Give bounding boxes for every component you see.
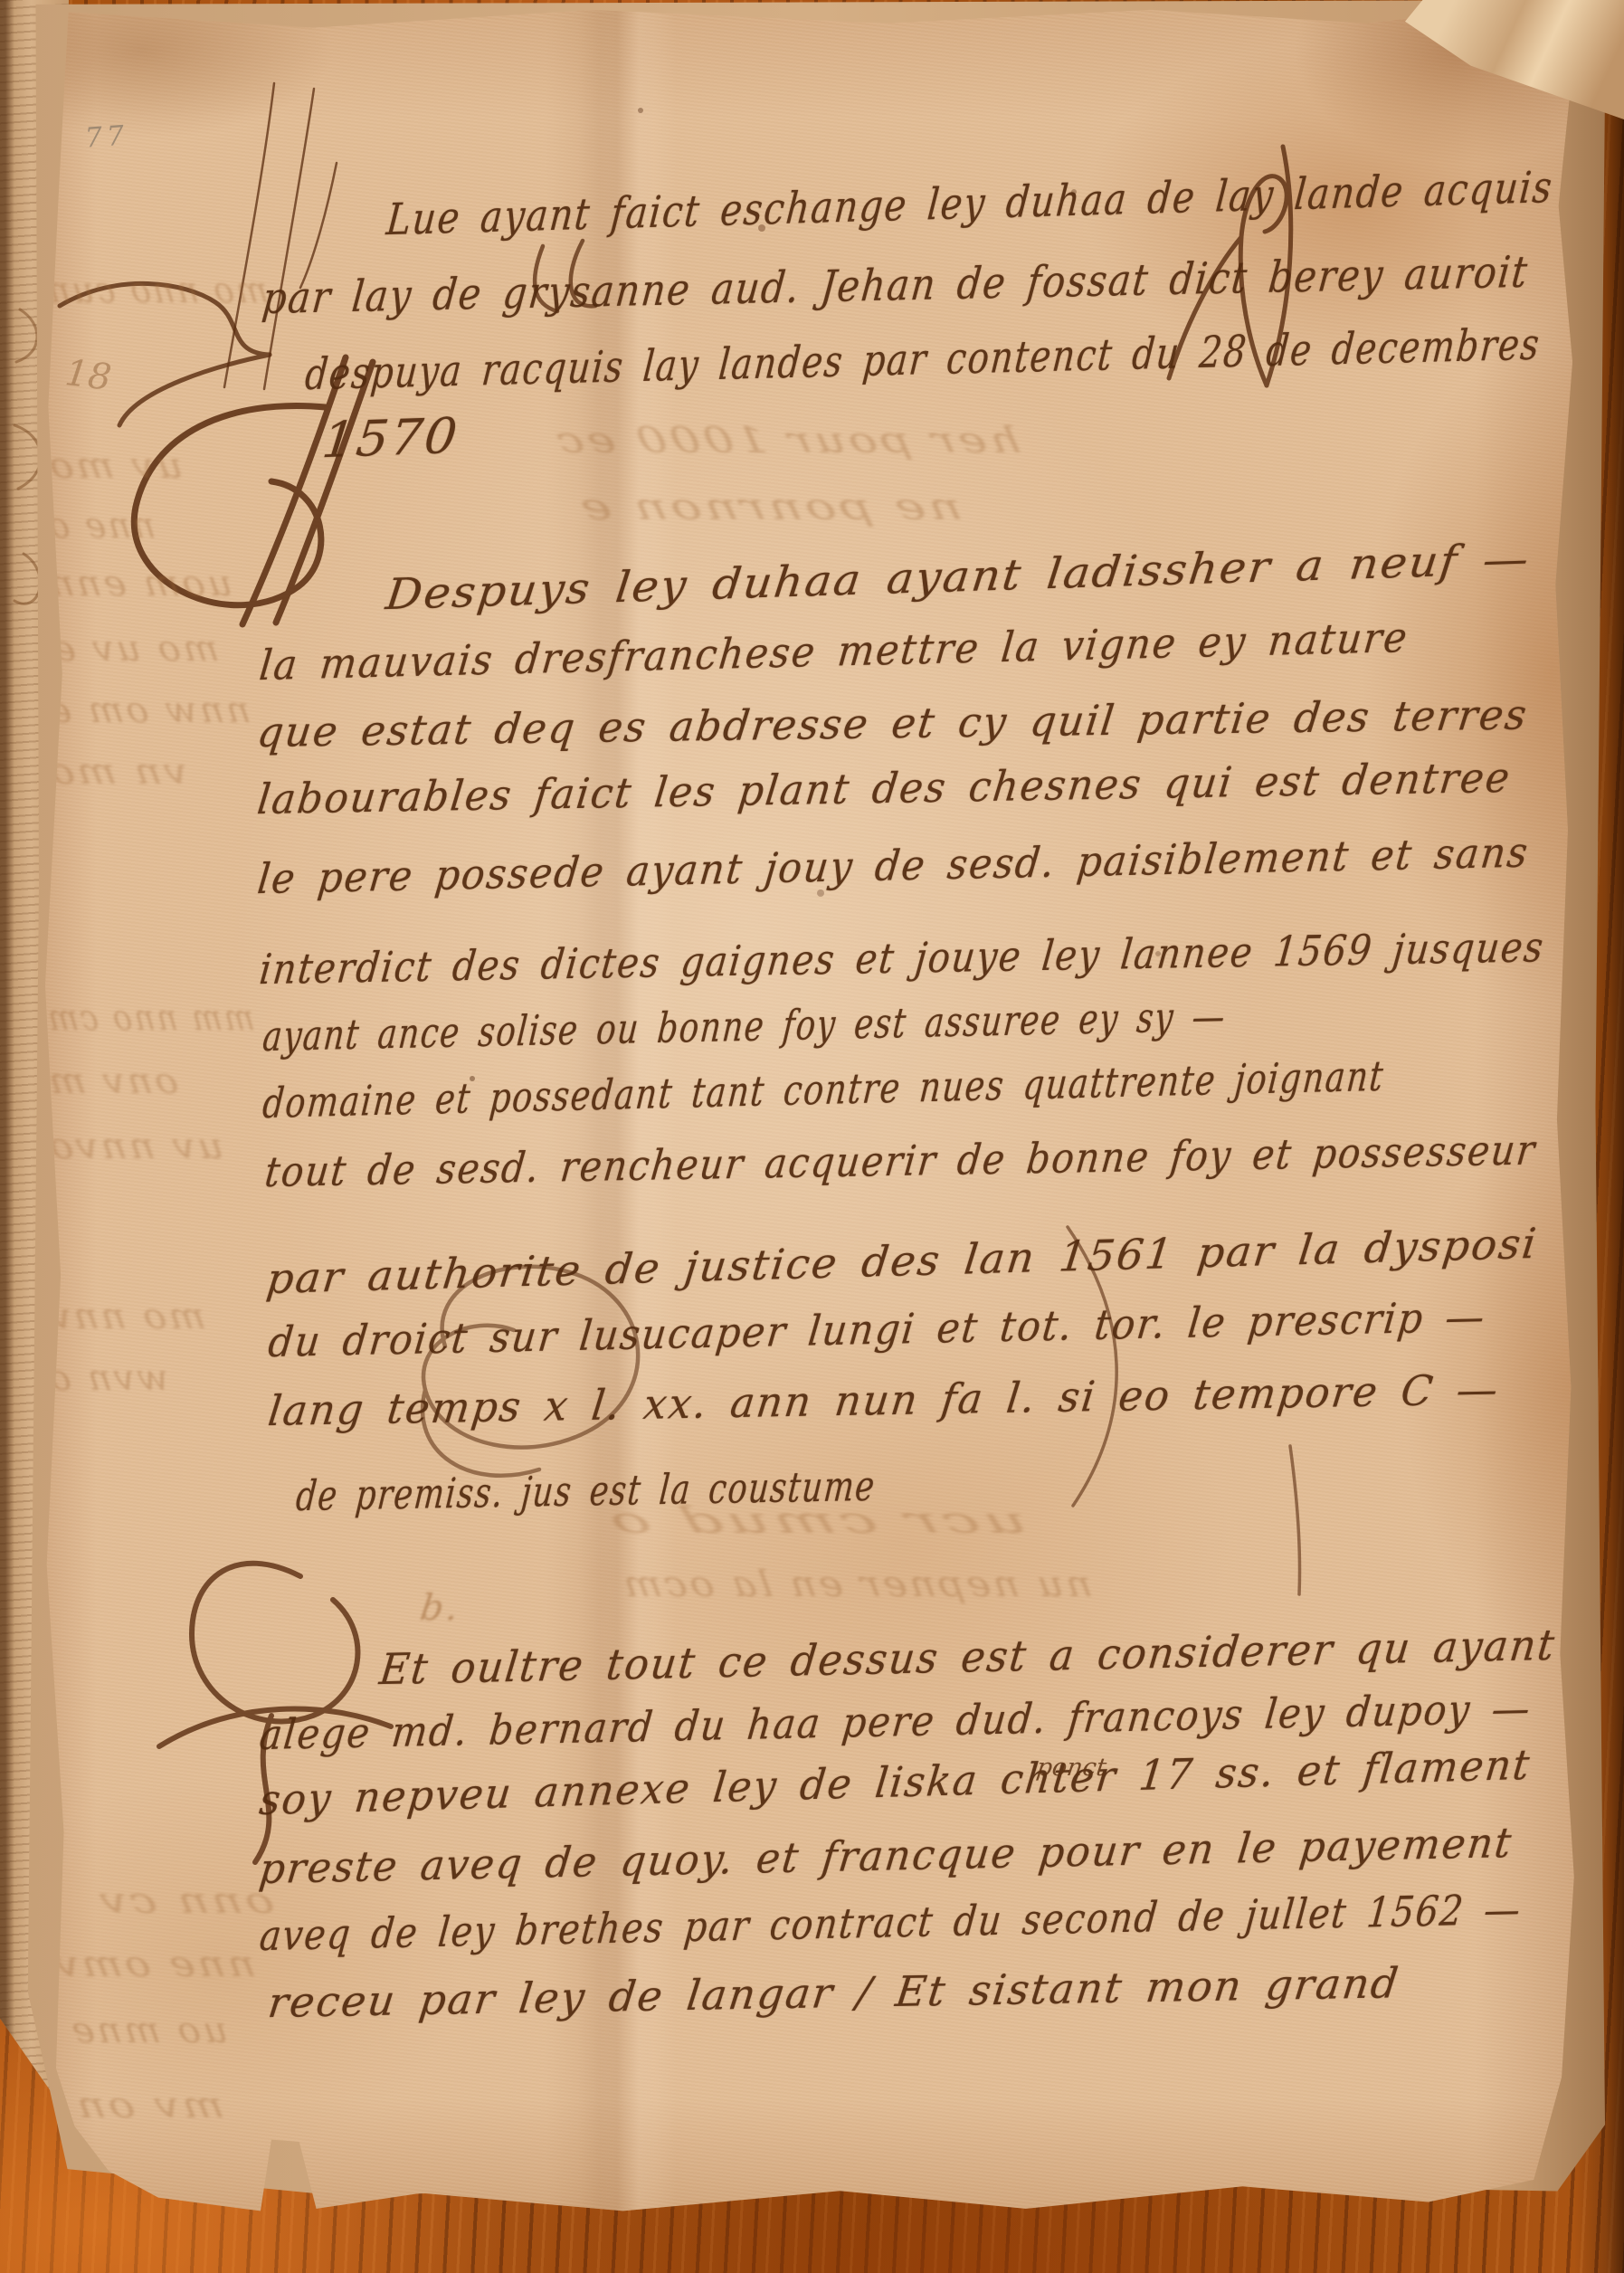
manuscript-line: par lay de grysanne aud. Jehan de fossat… xyxy=(260,247,1531,324)
show-through-mark: mo nnv xyxy=(43,1296,208,1337)
show-through-mark: her pour 1000 ec xyxy=(550,420,1023,461)
folio-number: 77 xyxy=(84,119,130,154)
manuscript-line: tout de sesd. rencheur acquerir de bonne… xyxy=(262,1125,1538,1196)
manuscript-line: interdict des dictes gaignes et jouye le… xyxy=(257,922,1547,994)
manuscript-photo-scene: mo nno cunuv monne ouom ennmo uv ennw om… xyxy=(0,0,1624,2273)
show-through-mark: vn mo xyxy=(43,751,190,793)
manuscript-line: Despuys ley duhaa ayant ladissher a neuf… xyxy=(384,534,1534,620)
manuscript-line: par authorite de justice des lan 1561 pa… xyxy=(264,1219,1541,1303)
show-through-mark: nne o xyxy=(43,505,157,547)
margin-number: 18 xyxy=(62,352,113,399)
interlinear-annotation: ponct xyxy=(1035,1754,1108,1782)
manuscript-line: Lue ayant faict eschange ley duhaa de la… xyxy=(385,162,1555,245)
manuscript-line: aveq de ley brethes par contract du seco… xyxy=(258,1885,1524,1960)
manuscript-line: Et oultre tout ce dessus est a considere… xyxy=(377,1621,1559,1695)
show-through-mark: uv nnvo xyxy=(43,1126,226,1167)
show-through-mark: uv mo xyxy=(43,445,185,487)
show-through-mark: wvn o xyxy=(43,1357,172,1399)
manuscript-line: lang temps x l. xx. ann nun fa l. si eo … xyxy=(266,1365,1503,1435)
tall-slash-flourish xyxy=(224,83,337,389)
show-through-mark: ne ponrnon e xyxy=(574,487,965,528)
manuscript-line: ayant ance solise ou bonne foy est assur… xyxy=(261,992,1228,1060)
show-through-mark: mo nno cun xyxy=(43,270,271,311)
show-through-mark: nnw om e xyxy=(43,690,252,731)
show-through-mark: b. xyxy=(418,1587,464,1629)
manuscript-line: la mauvais dresfranchese mettre la vigne… xyxy=(257,613,1410,690)
manuscript-line: receu par ley de langar / Et sistant mon… xyxy=(265,1958,1402,2027)
manuscript-line: le pere possede ayant jouy de sesd. pais… xyxy=(255,828,1532,904)
show-through-mark: mo uv e xyxy=(47,628,221,670)
manuscript-line: preste aveq de quoy. et francque pour en… xyxy=(257,1818,1515,1893)
show-through-mark: mm nno cm xyxy=(43,997,257,1039)
manuscript-line: domaine et possedant tant contre nues qu… xyxy=(261,1051,1386,1127)
manuscript-line: de premiss. jus est la coustume xyxy=(294,1461,878,1520)
show-through-mark: onn cv xyxy=(93,1880,278,1922)
manuscript-line: 1570 xyxy=(319,407,461,470)
show-through-mark: uo mne xyxy=(66,2010,231,2051)
manuscript-line: labourables faict les plant des chesnes … xyxy=(255,753,1514,823)
show-through-mark: nu nepner en la ocm xyxy=(618,1564,1095,1605)
show-through-mark: onv m xyxy=(43,1060,181,1102)
manuscript-line: despuya racquis lay landes par contenct … xyxy=(303,319,1543,400)
manuscript-line: que estat deq es abdresse et cy quil par… xyxy=(254,690,1531,756)
manuscript-line: du droict sur lusucaper lungi et tot. to… xyxy=(266,1292,1488,1366)
show-through-mark: nne omv xyxy=(49,1944,259,1985)
show-through-mark: mv on xyxy=(71,2085,227,2126)
show-through-mark: uom enn xyxy=(43,563,234,604)
manuscript-page: mo nno cunuv monne ouom ennmo uv ennw om… xyxy=(34,5,1583,2233)
